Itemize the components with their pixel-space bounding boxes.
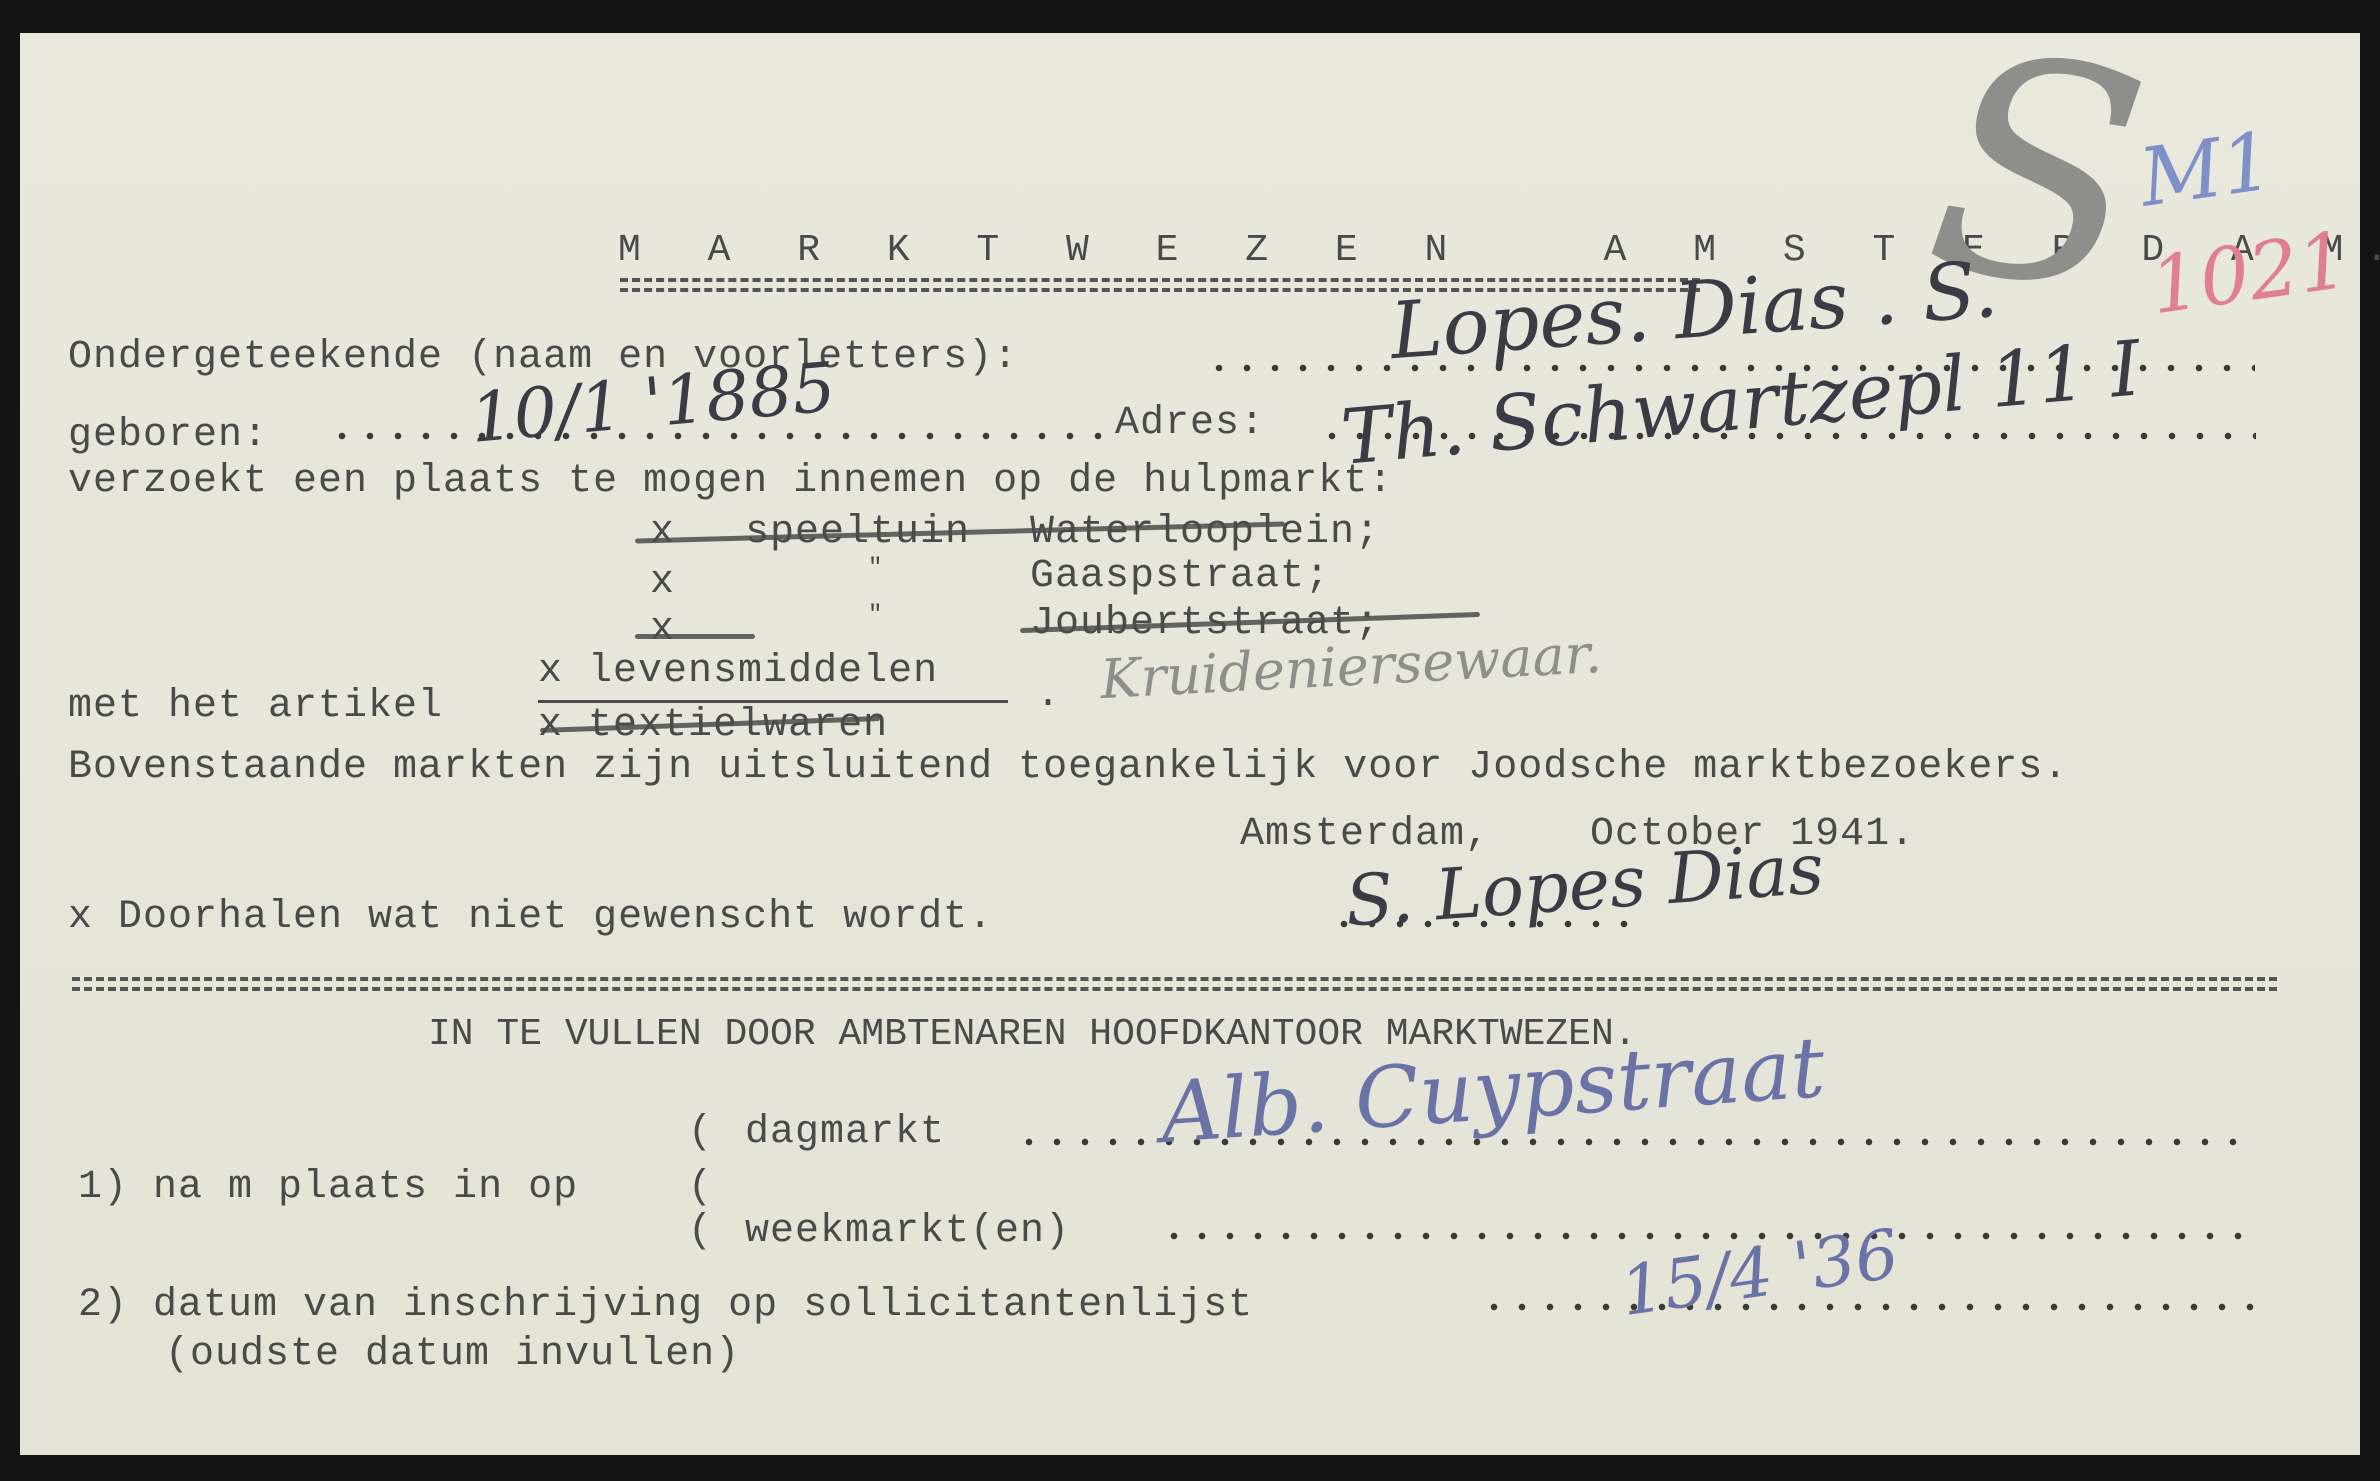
- market-prefix-3: ": [868, 604, 883, 628]
- item2-label: 2) datum van inschrijving op sollicitant…: [78, 1286, 1253, 1326]
- article-option-1: x levensmiddelen: [538, 652, 938, 692]
- market-mark-underline-3: [635, 634, 755, 639]
- market-name-1: Waterlooplein;: [1030, 513, 1380, 553]
- article-label: met het artikel: [68, 687, 443, 727]
- request-text: verzoekt een plaats te mogen innemen op …: [68, 462, 1393, 502]
- section-separator: [72, 977, 2277, 991]
- item2-dots: [1480, 1303, 2255, 1311]
- brace-top: (: [688, 1113, 713, 1153]
- dagmarkt-label: dagmarkt: [745, 1113, 945, 1153]
- article-name-1: levensmiddelen: [588, 649, 938, 694]
- weekmarkt-dots: [1160, 1232, 2255, 1240]
- market-mark-3: x: [650, 610, 675, 650]
- name-label: Ondergeteekende (naam en voorletters):: [68, 338, 1018, 378]
- item1-label: 1) na m plaats in op: [78, 1168, 578, 1208]
- market-mark-1: x: [650, 513, 675, 553]
- article-mark-1: x: [538, 649, 563, 694]
- item2-sub: (oudste datum invullen): [165, 1335, 740, 1375]
- weekmarkt-label: weekmarkt(en): [745, 1212, 1070, 1252]
- blue-pencil-code: M1: [2135, 121, 2278, 219]
- article-mark-2: x: [538, 703, 563, 748]
- born-label: geboren:: [68, 416, 268, 456]
- strike-instruction: x Doorhalen wat niet gewenscht wordt.: [68, 898, 993, 938]
- address-label: Adres:: [1115, 404, 1265, 444]
- brace-middle: (: [688, 1168, 713, 1208]
- market-prefix-2: ": [868, 557, 883, 581]
- notice-text: Bovenstaande markten zijn uitsluitend to…: [68, 748, 2068, 788]
- market-name-2: Gaaspstraat;: [1030, 557, 1330, 597]
- brace-bottom: (: [688, 1212, 713, 1252]
- market-mark-2: x: [650, 563, 675, 603]
- article-period: .: [1036, 676, 1061, 716]
